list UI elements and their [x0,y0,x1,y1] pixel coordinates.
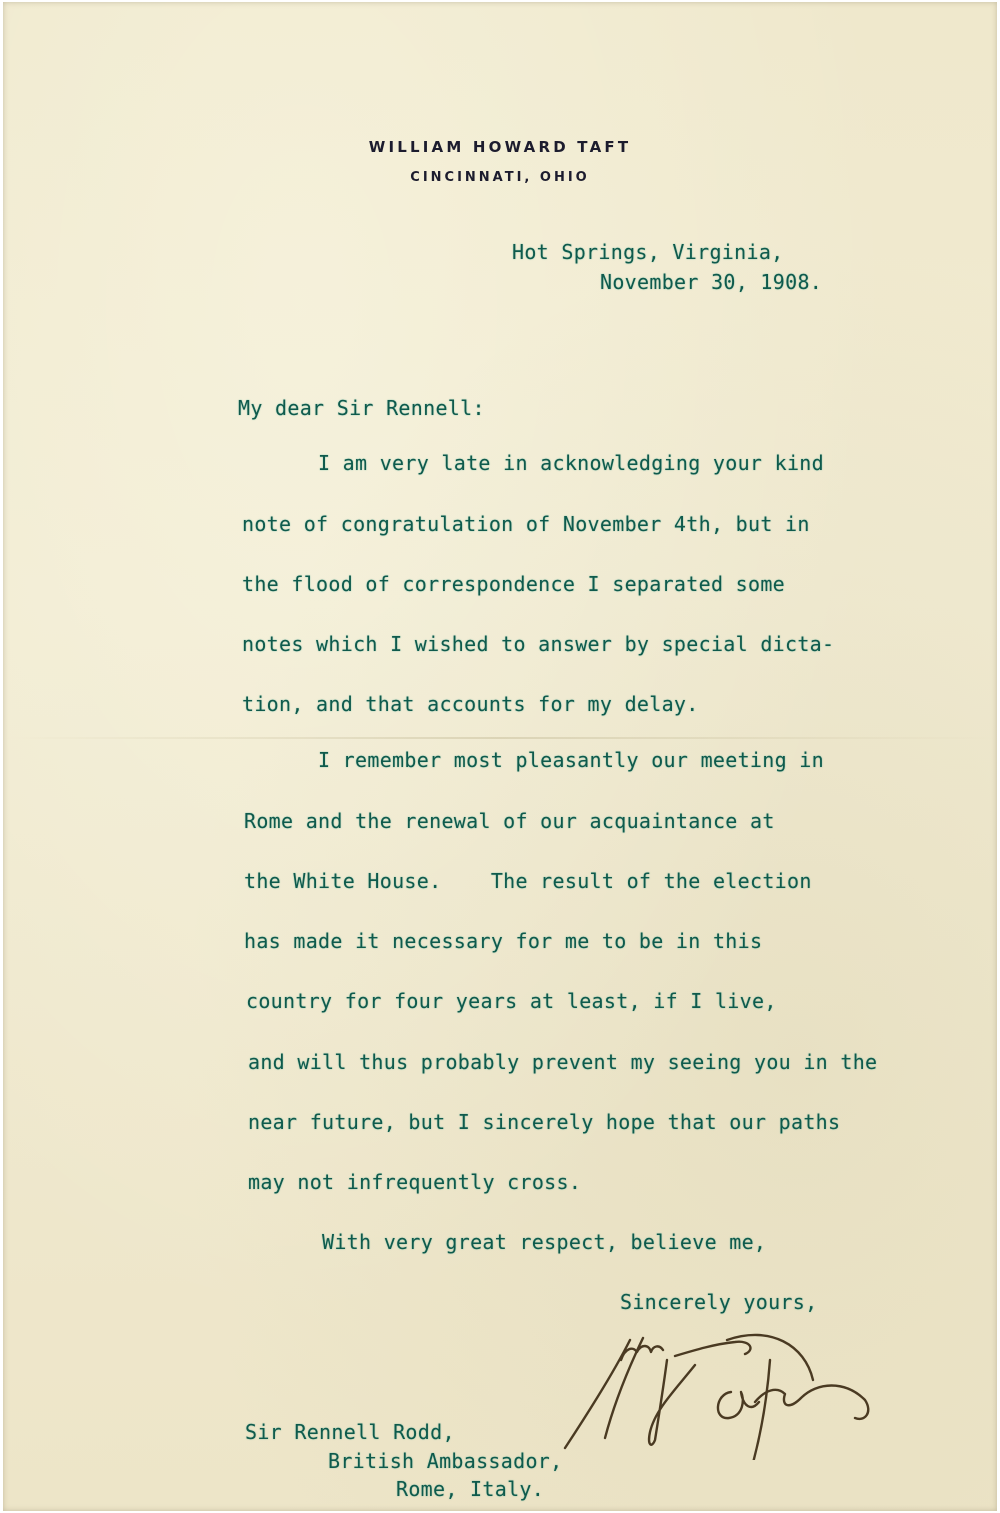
paper-fold-line [3,737,997,739]
dateline-place: Hot Springs, Virginia, [512,240,784,264]
body-line: may not infrequently cross. [248,1170,581,1194]
body-line: I remember most pleasantly our meeting i… [318,748,824,772]
dateline-date: November 30, 1908. [600,270,822,294]
recipient-name: Sir Rennell Rodd, [245,1420,455,1444]
handwritten-signature [555,1320,975,1460]
body-line: and will thus probably prevent my seeing… [248,1050,877,1074]
body-line: tion, and that accounts for my delay. [242,692,699,716]
body-line: has made it necessary for me to be in th… [244,929,762,953]
recipient-location: Rome, Italy. [396,1477,544,1501]
body-line: Rome and the renewal of our acquaintance… [244,809,775,833]
body-line: note of congratulation of November 4th, … [242,512,810,536]
salutation: My dear Sir Rennell: [238,396,485,420]
body-line: country for four years at least, if I li… [246,989,777,1013]
body-line: I am very late in acknowledging your kin… [318,451,824,475]
complimentary-line: With very great respect, believe me, [322,1230,766,1254]
body-line: notes which I wished to answer by specia… [242,632,834,656]
closing: Sincerely yours, [620,1290,817,1314]
letterhead-city: CINCINNATI, OHIO [0,170,1000,185]
letterhead-name: WILLIAM HOWARD TAFT [0,138,1000,156]
body-line: near future, but I sincerely hope that o… [248,1110,840,1134]
recipient-title: British Ambassador, [328,1449,562,1473]
body-line: the White House. The result of the elect… [244,869,812,893]
body-line: the flood of correspondence I separated … [242,572,785,596]
